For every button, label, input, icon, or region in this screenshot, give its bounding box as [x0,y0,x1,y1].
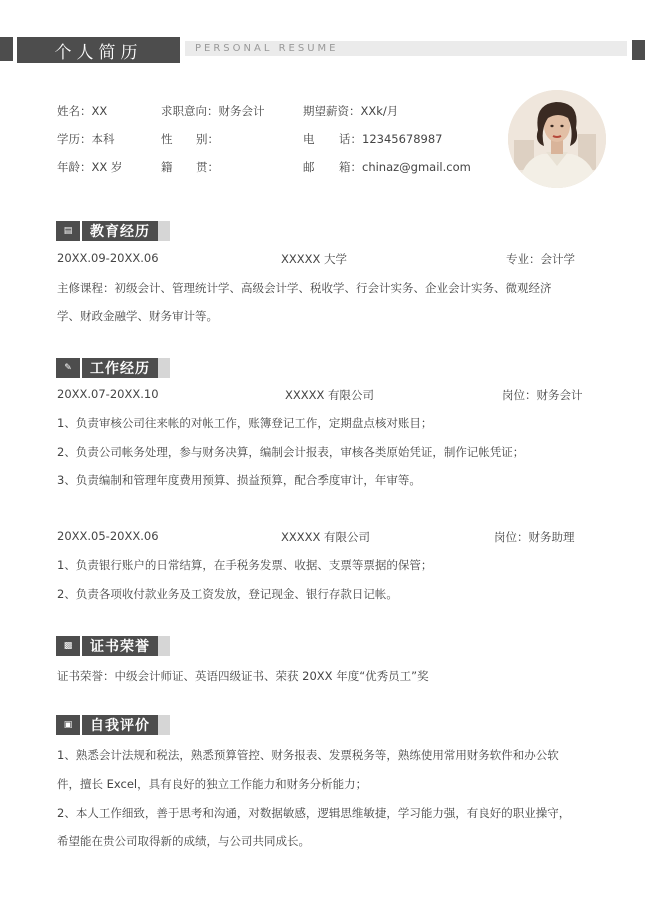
section-header-accent [158,715,170,735]
header-right-block [632,40,645,60]
certificates-text: 证书荣誉：中级会计师证、英语四级证书、荣获 20XX 年度“优秀员工”奖 [57,668,429,684]
self-evaluation-line: 希望能在贵公司取得新的成绩，与公司共同成长。 [57,833,310,849]
job-duty: 1、负责银行账户的日常结算，在手税务发票、收据、支票等票据的保管； [57,557,432,573]
job-period: 20XX.07-20XX.10 [57,387,159,401]
header-left-block [0,37,13,61]
education-major: 专业：会计学 [506,251,575,267]
name-field: 姓名：XX [57,103,107,119]
edit-icon: ✎ [56,358,80,378]
phone-label-part1: 电 [303,131,315,147]
expected-salary-field: 期望薪资：XXk/月 [303,103,398,119]
job-company: XXXXX 有限公司 [281,529,370,545]
section-header-self-evaluation: ▣ 自我评价 [56,715,170,735]
self-evaluation-line: 件，擅长 Excel，具有良好的独立工作能力和财务分析能力； [57,776,367,792]
job-duty: 2、负责各项收付款业务及工资发放，登记现金、银行存款日记帐。 [57,586,398,602]
job-company: XXXXX 有限公司 [285,387,374,403]
certificate-icon: ▩ [56,636,80,656]
section-title: 证书荣誉 [82,636,158,656]
chat-icon: ▣ [56,715,80,735]
email-field: 箱：chinaz@gmail.com [339,159,471,175]
job-period: 20XX.05-20XX.06 [57,529,159,543]
education-period: 20XX.09-20XX.06 [57,251,159,265]
education-courses-line1: 主修课程：初级会计、管理统计学、高级会计学、税收学、行会计实务、企业会计实务、微… [57,280,552,296]
education-level-field: 学历：本科 [57,131,115,147]
hometown-label-part1: 籍 [161,159,173,175]
hometown-label-part2: 贯： [196,159,219,175]
section-header-accent [158,221,170,241]
resume-title: 个人简历 [17,37,180,63]
education-courses-line2: 学、财政金融学、财务审计等。 [57,308,218,324]
job-position: 岗位：财务会计 [502,387,583,403]
email-label-part1: 邮 [303,159,315,175]
gender-label-part1: 性 [161,131,173,147]
job-duty: 1、负责审核公司往来帐的对帐工作，账簿登记工作，定期盘点核对账目； [57,415,432,431]
self-evaluation-line: 1、熟悉会计法规和税法，熟悉预算管控、财务报表、发票税务等，熟练使用常用财务软件… [57,747,559,763]
job-intention-field: 求职意向：财务会计 [161,103,265,119]
gender-label-part2: 别： [196,131,219,147]
section-header-accent [158,636,170,656]
job-position: 岗位：财务助理 [494,529,575,545]
section-header-education: ▤ 教育经历 [56,221,170,241]
resume-subtitle: PERSONAL RESUME [185,41,627,56]
portrait-illustration [508,90,606,188]
section-header-work: ✎ 工作经历 [56,358,170,378]
education-school: XXXXX 大学 [281,251,347,267]
section-title: 自我评价 [82,715,158,735]
section-title: 教育经历 [82,221,158,241]
age-field: 年龄：XX 岁 [57,159,122,175]
section-title: 工作经历 [82,358,158,378]
avatar [508,90,606,188]
job-duty: 2、负责公司帐务处理，参与财务决算，编制会计报表，审核各类原始凭证，制作记帐凭证… [57,444,524,460]
section-header-certificates: ▩ 证书荣誉 [56,636,170,656]
job-duty: 3、负责编制和管理年度费用预算、损益预算，配合季度审计，年审等。 [57,472,421,488]
self-evaluation-line: 2、本人工作细致，善于思考和沟通，对数据敏感，逻辑思维敏捷，学习能力强，有良好的… [57,805,570,821]
section-header-accent [158,358,170,378]
document-icon: ▤ [56,221,80,241]
phone-field: 话：12345678987 [339,131,442,147]
